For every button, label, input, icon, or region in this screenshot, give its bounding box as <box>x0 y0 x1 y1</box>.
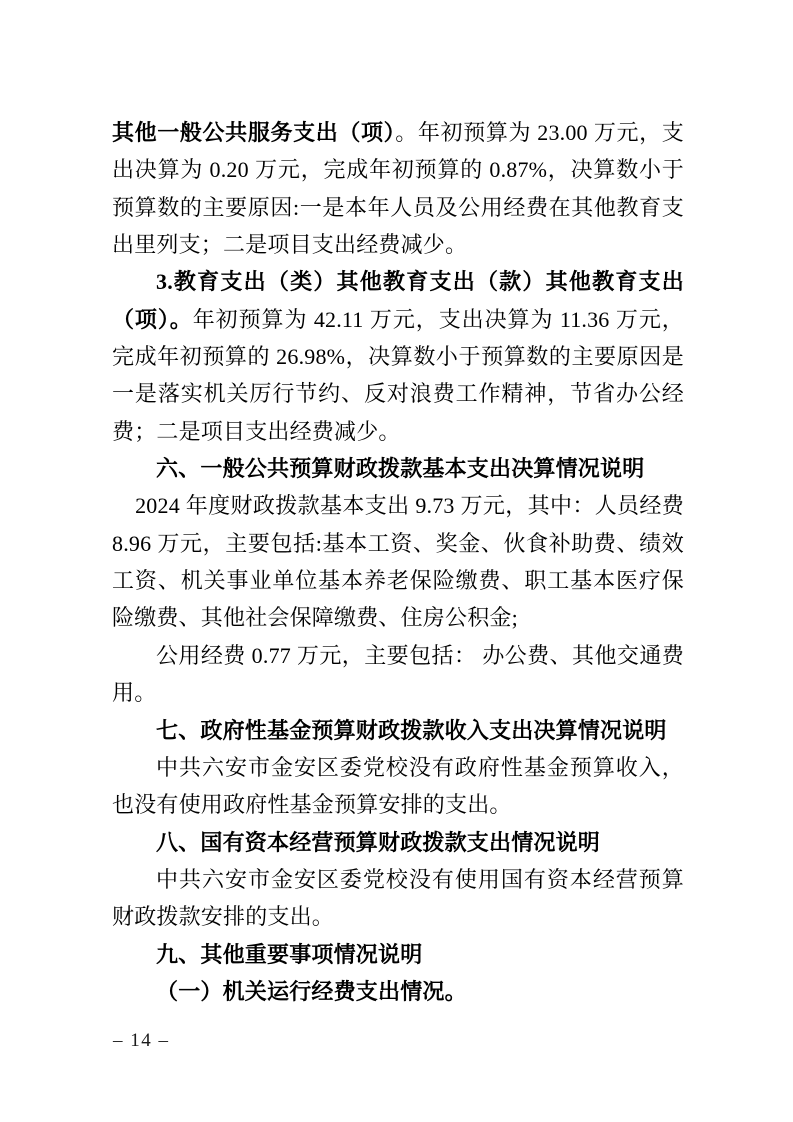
paragraph-basic-expenditure-detail: 2024 年度财政拨款基本支出 9.73 万元，其中：人员经费 8.96 万元，… <box>112 487 684 636</box>
heading-section-7-government-fund-budget: 七、政府性基金预算财政拨款收入支出决算情况说明 <box>112 712 684 749</box>
paragraph-lead-bold: 其他一般公共服务支出（项） <box>112 120 395 145</box>
heading-section-6-basic-expenditure: 六、一般公共预算财政拨款基本支出决算情况说明 <box>112 450 684 487</box>
paragraph-body: 年初预算为 42.11 万元，支出决算为 11.36 万元，完成年初预算的 26… <box>112 307 684 444</box>
document-page: 其他一般公共服务支出（项）。年初预算为 23.00 万元，支出决算为 0.20 … <box>0 0 793 1122</box>
heading-section-9-1-agency-operating-expenses: （一）机关运行经费支出情况。 <box>112 973 684 1010</box>
paragraph-education-expenditure: 3.教育支出（类）其他教育支出（款）其他教育支出（项）。年初预算为 42.11 … <box>112 263 684 450</box>
paragraph-other-general-public-services: 其他一般公共服务支出（项）。年初预算为 23.00 万元，支出决算为 0.20 … <box>112 114 684 263</box>
page-number: – 14 – <box>113 1030 170 1052</box>
paragraph-public-funds-detail: 公用经费 0.77 万元，主要包括： 办公费、其他交通费用。 <box>112 637 684 712</box>
heading-section-9-other-important-matters: 九、其他重要事项情况说明 <box>112 936 684 973</box>
paragraph-state-capital-statement: 中共六安市金安区委党校没有使用国有资本经营预算财政拨款安排的支出。 <box>112 861 684 936</box>
heading-section-8-state-capital-budget: 八、国有资本经营预算财政拨款支出情况说明 <box>112 824 684 861</box>
page-content: 其他一般公共服务支出（项）。年初预算为 23.00 万元，支出决算为 0.20 … <box>112 114 684 1010</box>
paragraph-government-fund-statement: 中共六安市金安区委党校没有政府性基金预算收入，也没有使用政府性基金预算安排的支出… <box>112 749 684 824</box>
